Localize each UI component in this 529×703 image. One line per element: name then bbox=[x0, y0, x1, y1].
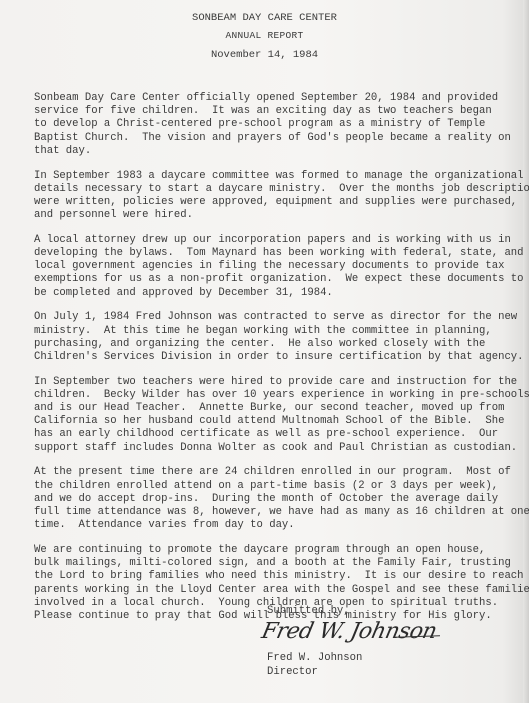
text-line: the children enrolled attend on a part-t… bbox=[34, 480, 529, 493]
text-line: that day. bbox=[34, 145, 529, 158]
text-line: and personnel were hired. bbox=[34, 209, 529, 222]
signer-title: Director bbox=[267, 666, 318, 678]
signer-name: Fred W. Johnson bbox=[267, 652, 362, 665]
text-line: On July 1, 1984 Fred Johnson was contrac… bbox=[34, 311, 529, 324]
text-line: California so her husband could attend M… bbox=[34, 415, 529, 428]
text-line: Children's Services Division in order to… bbox=[34, 351, 529, 364]
text-line: ministry. At this time he began working … bbox=[34, 325, 529, 338]
text-line: has an early childhood certificate as we… bbox=[34, 428, 529, 441]
organization-name: SONBEAM DAY CARE CENTER bbox=[0, 12, 529, 24]
text-line: to develop a Christ-centered pre-school … bbox=[34, 118, 529, 131]
text-line: and we do accept drop-ins. During the mo… bbox=[34, 493, 529, 506]
paragraph: In September two teachers were hired to … bbox=[34, 376, 529, 455]
text-line: children. Becky Wilder has over 10 years… bbox=[34, 389, 529, 402]
paragraph: In September 1983 a daycare committee wa… bbox=[34, 170, 529, 223]
text-line: be completed and approved by December 31… bbox=[34, 287, 529, 300]
text-line: support staff includes Donna Wolter as c… bbox=[34, 442, 529, 455]
text-line: exemptions for us as a non-profit organi… bbox=[34, 273, 529, 286]
text-line: full time attendance was 8, however, we … bbox=[34, 506, 529, 519]
text-line: A local attorney drew up our incorporati… bbox=[34, 234, 529, 247]
text-line: service for five children. It was an exc… bbox=[34, 105, 529, 118]
report-date: November 14, 1984 bbox=[0, 49, 529, 61]
text-line: Sonbeam Day Care Center officially opene… bbox=[34, 92, 529, 105]
text-line: the Lord to bring families who need this… bbox=[34, 570, 529, 583]
text-line: bulk mailings, milti-colored sign, and a… bbox=[34, 557, 529, 570]
text-line: local government agencies in filing the … bbox=[34, 260, 529, 273]
paragraph: Sonbeam Day Care Center officially opene… bbox=[34, 92, 529, 158]
paragraph: On July 1, 1984 Fred Johnson was contrac… bbox=[34, 311, 529, 364]
submitted-by: Submitted by, bbox=[267, 605, 350, 618]
paragraph: A local attorney drew up our incorporati… bbox=[34, 234, 529, 300]
text-line: At the present time there are 24 childre… bbox=[34, 466, 529, 479]
report-body: Sonbeam Day Care Center officially opene… bbox=[34, 92, 529, 635]
text-line: In September 1983 a daycare committee wa… bbox=[34, 170, 529, 183]
text-line: purchasing, and organizing the center. H… bbox=[34, 338, 529, 351]
document-page: SONBEAM DAY CARE CENTER ANNUAL REPORT No… bbox=[0, 0, 529, 703]
text-line: Baptist Church. The vision and prayers o… bbox=[34, 132, 529, 145]
text-line: were written, policies were approved, eq… bbox=[34, 196, 529, 209]
report-title: ANNUAL REPORT bbox=[0, 30, 529, 41]
text-line: and is our Head Teacher. Annette Burke, … bbox=[34, 402, 529, 415]
text-line: developing the bylaws. Tom Maynard has b… bbox=[34, 247, 529, 260]
text-line: parents working in the Lloyd Center area… bbox=[34, 584, 529, 597]
text-line: We are continuing to promote the daycare… bbox=[34, 544, 529, 557]
text-line: details necessary to start a daycare min… bbox=[34, 183, 529, 196]
text-line: In September two teachers were hired to … bbox=[34, 376, 529, 389]
handwritten-signature: Fred W. Johnson bbox=[259, 619, 439, 644]
paragraph: At the present time there are 24 childre… bbox=[34, 466, 529, 532]
text-line: time. Attendance varies from day to day. bbox=[34, 519, 529, 532]
